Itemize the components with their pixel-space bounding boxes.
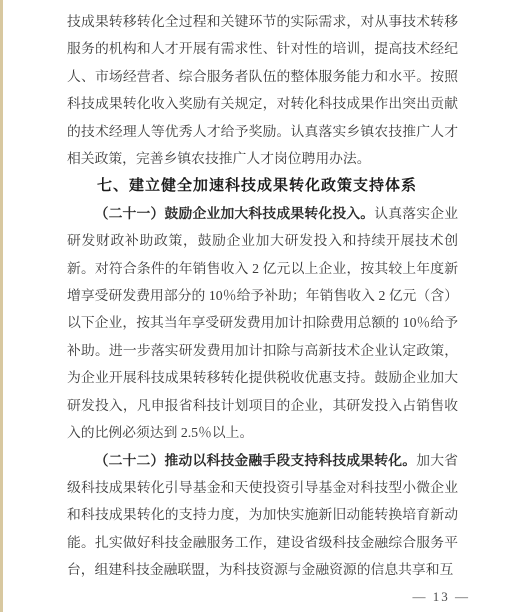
paragraph-continuation: 技成果转移转化全过程和关键环节的实际需求，对从事技术转移服务的机构和人才开展有需… [67,8,458,172]
scan-edge-stripe [0,0,3,612]
paragraph-item-21-lead: （二十一）鼓励企业加大科技成果转化投入。 [95,206,375,221]
paragraph-item-22-lead: （二十二）推动以科技金融手段支持科技成果转化。 [95,453,417,468]
document-page: 技成果转移转化全过程和关键环节的实际需求，对从事技术转移服务的机构和人才开展有需… [0,0,524,612]
paragraph-item-22-text: 加大省级科技成果转化引导基金和天使投资引导基金对科技型小微企业和科技成果转化的支… [67,453,458,578]
page-number: — 13 — [413,589,471,605]
page-content: 技成果转移转化全过程和关键环节的实际需求，对从事技术转移服务的机构和人才开展有需… [67,8,458,584]
section-heading: 七、建立健全加速科技成果转化政策支持体系 [67,172,458,199]
paragraph-item-21: （二十一）鼓励企业加大科技成果转化投入。认真落实企业研发财政补助政策，鼓励企业加… [67,200,458,447]
paragraph-item-21-text: 认真落实企业研发财政补助政策，鼓励企业加大研发投入和持续开展技术创新。对符合条件… [67,206,458,440]
paragraph-item-22: （二十二）推动以科技金融手段支持科技成果转化。加大省级科技成果转化引导基金和天使… [67,447,458,584]
